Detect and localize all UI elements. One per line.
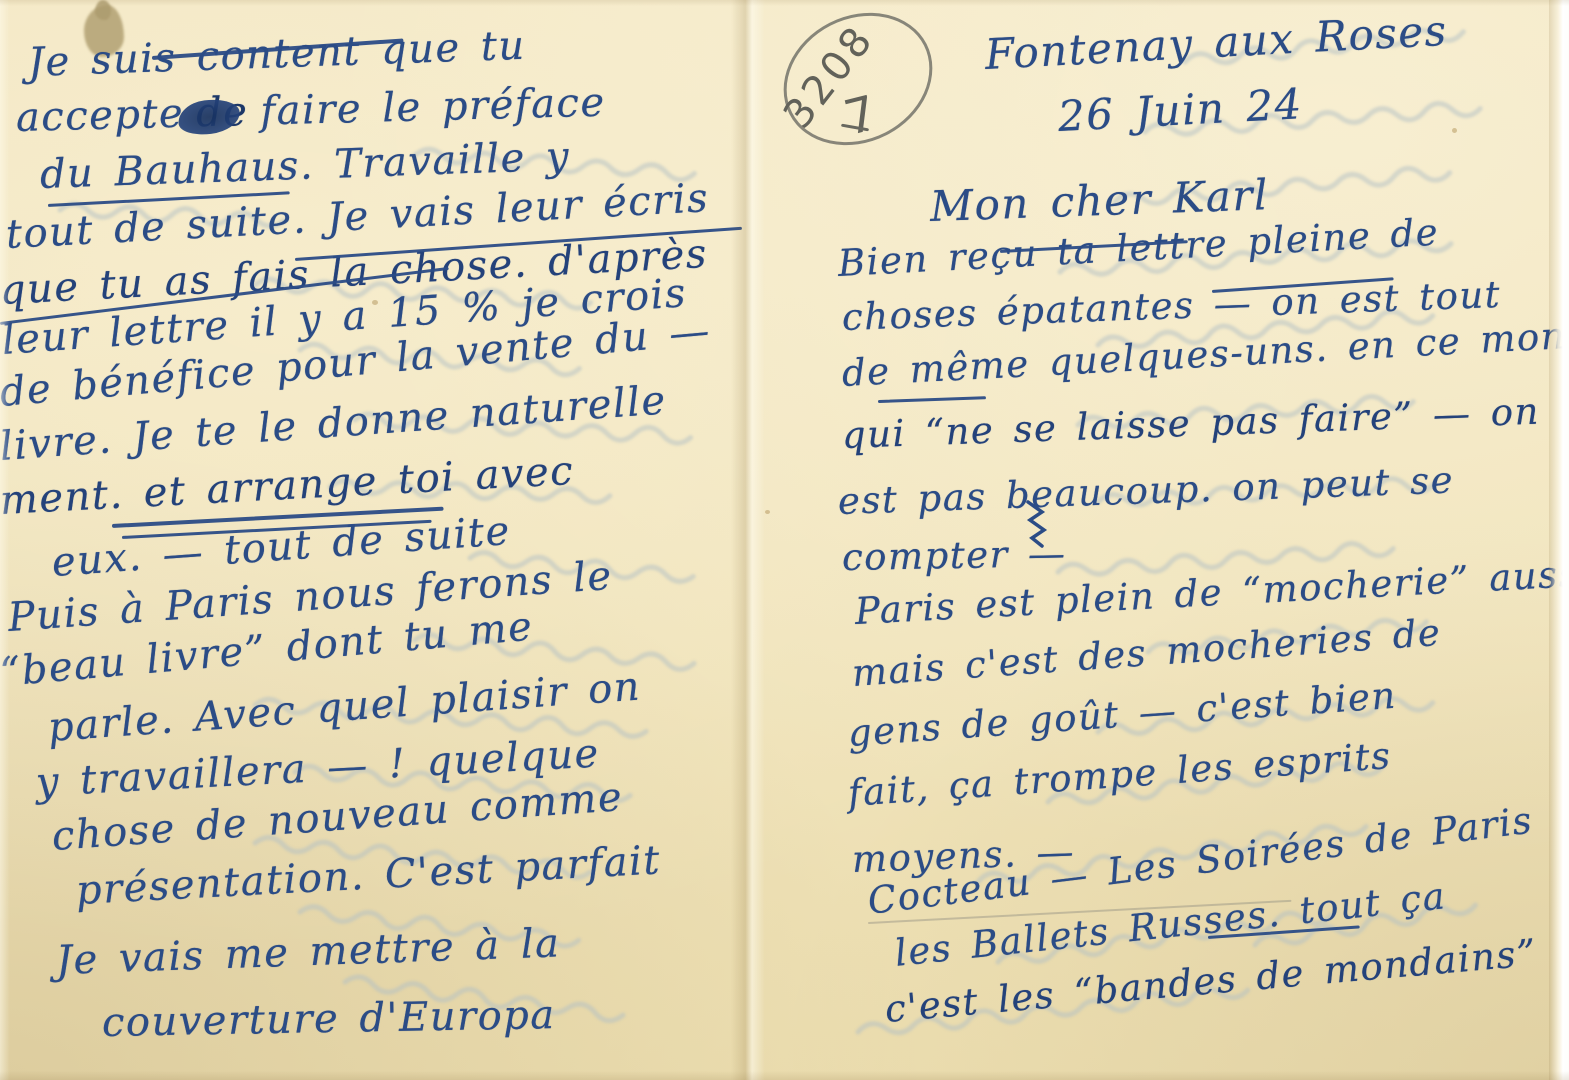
letter-place-line: Fontenay aux Roses bbox=[984, 6, 1449, 79]
paper-edge-bottom bbox=[0, 1071, 1569, 1080]
center-fold bbox=[731, 0, 765, 1080]
underline-stroke bbox=[878, 396, 986, 403]
letter-scan: 3208 7 Je suis content que tu acceptedef… bbox=[0, 0, 1569, 1080]
letter-line: compter — bbox=[842, 532, 1067, 579]
letter-date-line: 26 Juin 24 bbox=[1057, 79, 1304, 141]
paper-edge-left bbox=[0, 0, 10, 1080]
paper-edge-right bbox=[1549, 0, 1569, 1080]
letter-line: est pas beaucoup. on peut se bbox=[837, 459, 1454, 523]
letter-right-page: Fontenay aux Roses 26 Juin 24 Mon cher K… bbox=[0, 0, 1569, 1080]
paper-edge-top bbox=[0, 0, 1569, 6]
